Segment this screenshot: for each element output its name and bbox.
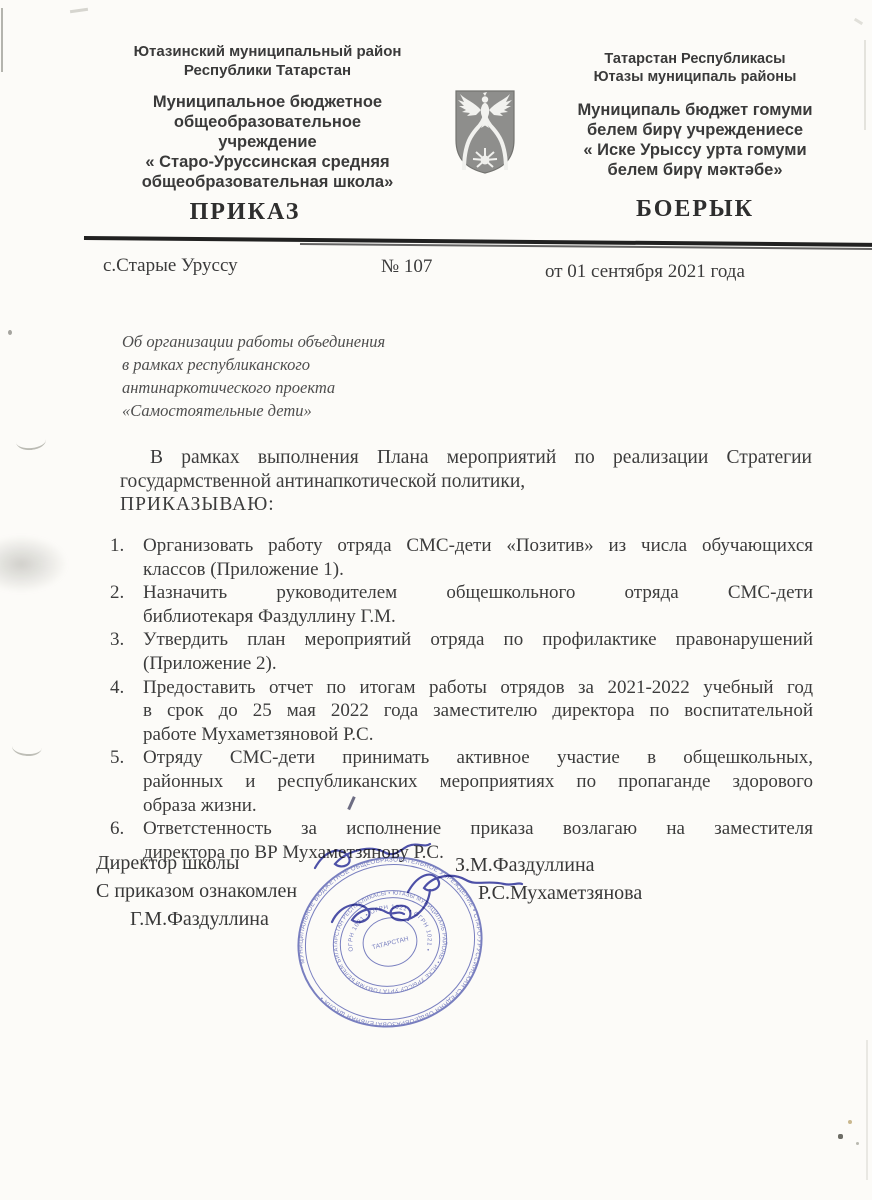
header-line: Татарстан Республикасы <box>545 50 845 68</box>
doc-type-tt: БОЕРЫК <box>545 196 845 223</box>
signature-squiggle-acknowledged <box>408 875 522 892</box>
item-line: в срок до 25 мая 2022 года заместителю д… <box>143 699 813 723</box>
resolve-word: ПРИКАЗЫВАЮ: <box>120 493 812 517</box>
scan-speck <box>848 1120 852 1124</box>
item-number: 1. <box>110 534 138 558</box>
document-scan: Ютазинский муниципальный район Республик… <box>0 0 872 1200</box>
org-line: « Иске Урыссу урта гомуми <box>545 140 845 160</box>
item-line: Назначить руководителем общешкольного от… <box>143 581 813 605</box>
item-line: образа жизни. <box>143 794 813 818</box>
order-item: 1. Организовать работу отряда СМС-дети «… <box>110 534 813 581</box>
intro-line: В рамках выполнения Плана мероприятий по… <box>120 446 812 470</box>
intro-line: государмственной антинапкотической полит… <box>120 470 812 494</box>
header-right-organization: Муниципаль бюджет гомуми белем бирү учре… <box>545 100 845 180</box>
item-line: (Приложение 2). <box>143 652 813 676</box>
signature-label-director: Директор школы <box>96 852 239 875</box>
signature-name-librarian: Г.М.Фаздуллина <box>130 908 269 931</box>
signature-squiggle-director <box>315 844 430 868</box>
order-item: 5. Отряду СМС-дети принимать активное уч… <box>110 746 813 817</box>
item-line: классов (Приложение 1). <box>143 558 813 582</box>
hole-punch-mark <box>15 430 47 451</box>
order-item: 2. Назначить руководителем общешкольного… <box>110 581 813 628</box>
item-number: 5. <box>110 746 138 770</box>
item-line: работе Мухаметзяновой Р.С. <box>143 723 813 747</box>
subject-line: Об организации работы объединения <box>122 330 462 353</box>
org-line: Муниципаль бюджет гомуми <box>545 100 845 120</box>
scan-edge-line <box>1 8 3 72</box>
scan-mark <box>854 18 863 25</box>
org-line: « Старо-Уруссинская средняя <box>100 152 435 172</box>
hole-punch-mark <box>11 737 42 757</box>
handwritten-signatures <box>280 830 540 950</box>
order-date: от 01 сентября 2021 года <box>545 261 745 283</box>
item-number: 4. <box>110 676 138 700</box>
header-line: Республики Татарстан <box>100 61 435 80</box>
item-line: Предоставить отчет по итогам работы отря… <box>143 676 813 700</box>
org-line: Муниципальное бюджетное <box>100 92 435 112</box>
item-line: Отряду СМС-дети принимать активное участ… <box>143 746 813 770</box>
org-line: белем бирү мәктәбе» <box>545 160 845 180</box>
header-right-district: Татарстан Республикасы Ютазы муниципаль … <box>545 50 845 86</box>
scan-speck <box>8 330 12 335</box>
header-line: Ютазы муниципаль районы <box>545 68 845 86</box>
order-item: 4. Предоставить отчет по итогам работы о… <box>110 676 813 747</box>
scan-edge-line <box>866 1040 868 1180</box>
org-line: белем бирү учреждениесе <box>545 120 845 140</box>
org-line: общеобразовательная школа» <box>100 172 435 192</box>
order-subject: Об организации работы объединения в рамк… <box>122 330 462 422</box>
header-left-district: Ютазинский муниципальный район Республик… <box>100 42 435 80</box>
doc-type-ru: ПРИКАЗ <box>95 199 395 226</box>
scan-smudge <box>0 535 68 593</box>
org-line: учреждение <box>100 132 435 152</box>
item-number: 3. <box>110 628 138 652</box>
subject-line: антинаркотического проекта <box>122 376 462 399</box>
item-number: 6. <box>110 817 138 841</box>
org-line: общеобразовательное <box>100 112 435 132</box>
scan-edge-line <box>864 40 866 130</box>
order-item: 3. Утвердить план мероприятий отряда по … <box>110 628 813 675</box>
header-left-organization: Муниципальное бюджетное общеобразователь… <box>100 92 435 192</box>
item-number: 2. <box>110 581 138 605</box>
order-items-list: 1. Организовать работу отряда СМС-дети «… <box>110 534 813 864</box>
order-number: № 107 <box>381 256 432 278</box>
item-line: Утвердить план мероприятий отряда по про… <box>143 628 813 652</box>
item-line: Организовать работу отряда СМС-дети «Поз… <box>143 534 813 558</box>
subject-line: «Самостоятельные дети» <box>122 399 462 422</box>
subject-line: в рамках республиканского <box>122 353 462 376</box>
scan-speck <box>838 1134 843 1139</box>
signature-squiggle-loop <box>391 890 431 920</box>
order-place: с.Старые Уруссу <box>103 255 238 277</box>
item-line: библиотекаря Фаздуллину Г.М. <box>143 605 813 629</box>
scan-mark <box>70 8 88 13</box>
scan-speck <box>856 1142 859 1145</box>
header-line: Ютазинский муниципальный район <box>100 42 435 61</box>
coat-of-arms-icon <box>452 88 518 176</box>
item-line: районных и республиканских мероприятиях … <box>143 770 813 794</box>
intro-paragraph: В рамках выполнения Плана мероприятий по… <box>120 446 812 517</box>
signature-label-acknowledged: С приказом ознакомлен <box>96 880 297 903</box>
